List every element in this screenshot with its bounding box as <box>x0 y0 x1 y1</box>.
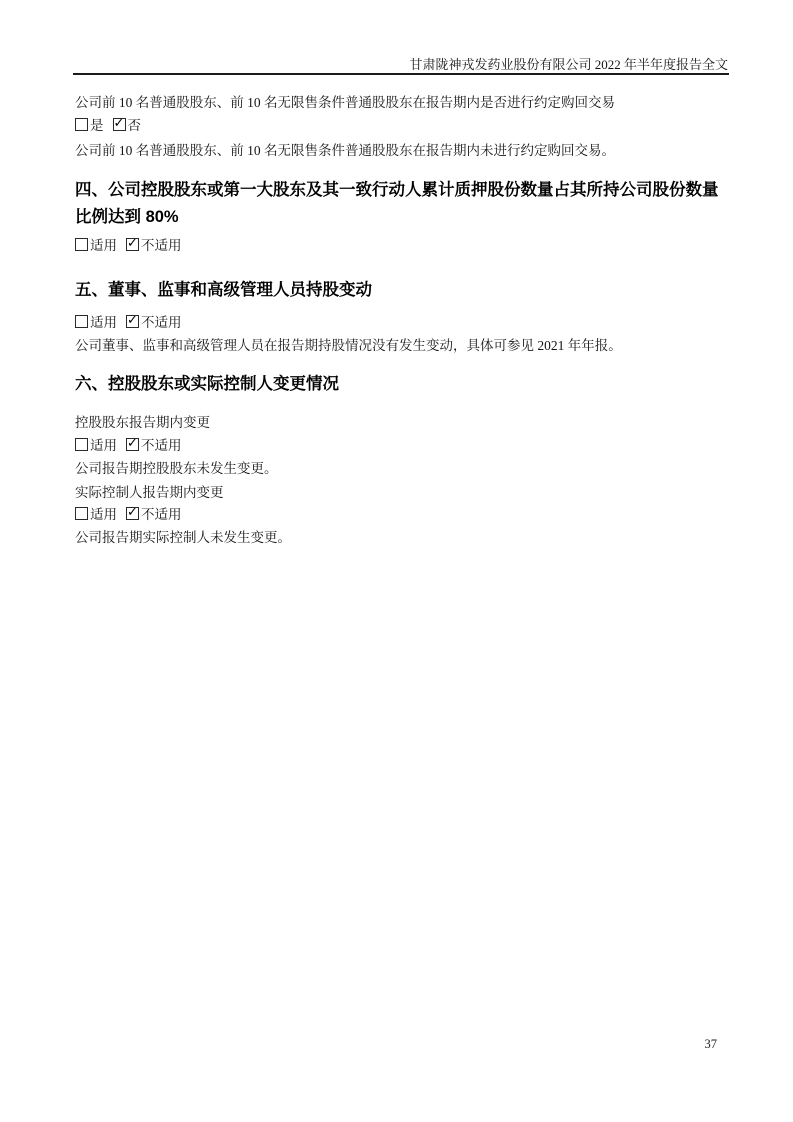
checkbox-checked-icon <box>126 507 139 520</box>
checked-option: 不适用 <box>126 507 182 522</box>
controlling-shareholder-checkbox-row: 适用不适用 <box>75 437 730 455</box>
checked-option: 不适用 <box>126 315 182 330</box>
section-five-title: 五、董事、监事和高级管理人员持股变动 <box>75 277 730 304</box>
checkbox-label: 适用 <box>90 507 117 522</box>
checkbox-checked-icon <box>126 438 139 451</box>
repurchase-checkbox-row: 是否 <box>75 117 730 135</box>
unchecked-option: 适用 <box>75 507 117 522</box>
checkbox-unchecked-icon <box>75 315 88 328</box>
section-five-statement: 公司董事、监事和高级管理人员在报告期持股情况没有发生变动，具体可参见 2021 … <box>75 337 730 355</box>
repurchase-statement: 公司前 10 名普通股股东、前 10 名无限售条件普通股股东在报告期内未进行约定… <box>75 142 730 160</box>
running-header: 甘肃陇神戎发药业股份有限公司 2022 年半年度报告全文 <box>409 56 728 73</box>
checkbox-checked-icon <box>113 118 126 131</box>
section-four-title: 四、公司控股股东或第一大股东及其一致行动人累计质押股份数量占其所持公司股份数量比… <box>75 177 730 231</box>
checkbox-unchecked-icon <box>75 507 88 520</box>
controlling-shareholder-label: 控股股东报告期内变更 <box>75 414 730 432</box>
unchecked-option: 是 <box>75 118 104 133</box>
checked-option: 不适用 <box>126 438 182 453</box>
checkbox-label: 适用 <box>90 238 117 253</box>
checked-option: 否 <box>113 118 142 133</box>
page-number: 37 <box>705 1037 718 1052</box>
checkbox-unchecked-icon <box>75 438 88 451</box>
checked-option: 不适用 <box>126 238 182 253</box>
checkbox-label: 适用 <box>90 315 117 330</box>
checkbox-label: 不适用 <box>141 238 182 253</box>
header-rule <box>73 73 729 75</box>
actual-controller-checkbox-row: 适用不适用 <box>75 506 730 524</box>
section-five-checkbox-row: 适用不适用 <box>75 314 730 332</box>
checkbox-label: 不适用 <box>141 507 182 522</box>
section-six-title: 六、控股股东或实际控制人变更情况 <box>75 371 730 398</box>
checkbox-checked-icon <box>126 315 139 328</box>
unchecked-option: 适用 <box>75 238 117 253</box>
actual-controller-label: 实际控制人报告期内变更 <box>75 484 730 502</box>
section-four-checkbox-row: 适用不适用 <box>75 237 730 255</box>
checkbox-label: 不适用 <box>141 438 182 453</box>
checkbox-label: 否 <box>128 118 142 133</box>
controlling-shareholder-statement: 公司报告期控股股东未发生变更。 <box>75 460 730 478</box>
checkbox-label: 不适用 <box>141 315 182 330</box>
actual-controller-statement: 公司报告期实际控制人未发生变更。 <box>75 529 730 547</box>
unchecked-option: 适用 <box>75 438 117 453</box>
checkbox-unchecked-icon <box>75 238 88 251</box>
unchecked-option: 适用 <box>75 315 117 330</box>
checkbox-checked-icon <box>126 238 139 251</box>
checkbox-label: 是 <box>90 118 104 133</box>
checkbox-unchecked-icon <box>75 118 88 131</box>
repurchase-question: 公司前 10 名普通股股东、前 10 名无限售条件普通股股东在报告期内是否进行约… <box>75 94 730 112</box>
checkbox-label: 适用 <box>90 438 117 453</box>
report-page: 甘肃陇神戎发药业股份有限公司 2022 年半年度报告全文 公司前 10 名普通股… <box>0 0 793 1122</box>
